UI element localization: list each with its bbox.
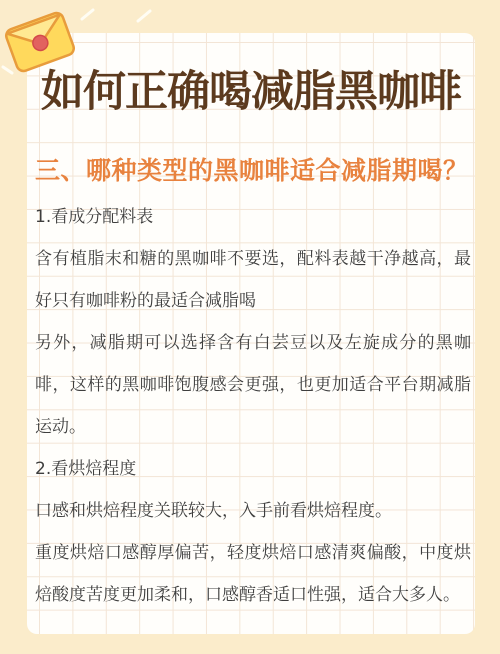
paragraph-roast-1: 口感和烘焙程度关联较大，入手前看烘焙程度。 — [35, 490, 471, 532]
section-heading: 三、哪种类型的黑咖啡适合减脂期喝？ — [35, 155, 469, 187]
envelope-body — [4, 11, 75, 73]
page-title: 如何正确喝减脂黑咖啡 — [27, 66, 475, 120]
sparkle-icon — [138, 11, 150, 21]
paragraph-roast-2: 重度烘焙口感醇厚偏苦，轻度烘焙口感清爽偏酸，中度烘焙酸度苦度更加柔和，口感醇香适… — [35, 532, 471, 616]
sparkle-icon — [82, 10, 93, 19]
subheading-roast: 2.看烘焙程度 — [35, 448, 471, 490]
paragraph-ingredients-2: 另外，减脂期可以选择含有白芸豆以及左旋成分的黑咖啡，这样的黑咖啡饱腹感会更强，也… — [35, 322, 471, 448]
body-text: 1.看成分配料表 含有植脂末和糖的黑咖啡不要选，配料表越干净越高，最好只有咖啡粉… — [35, 196, 471, 616]
sparkle-icon — [3, 67, 12, 73]
paragraph-ingredients-1: 含有植脂末和糖的黑咖啡不要选，配料表越干净越高，最好只有咖啡粉的最适合减脂喝 — [35, 238, 471, 322]
subheading-ingredients: 1.看成分配料表 — [35, 196, 471, 238]
note-card: { "page": { "background_color": "#FBECCB… — [0, 0, 500, 654]
